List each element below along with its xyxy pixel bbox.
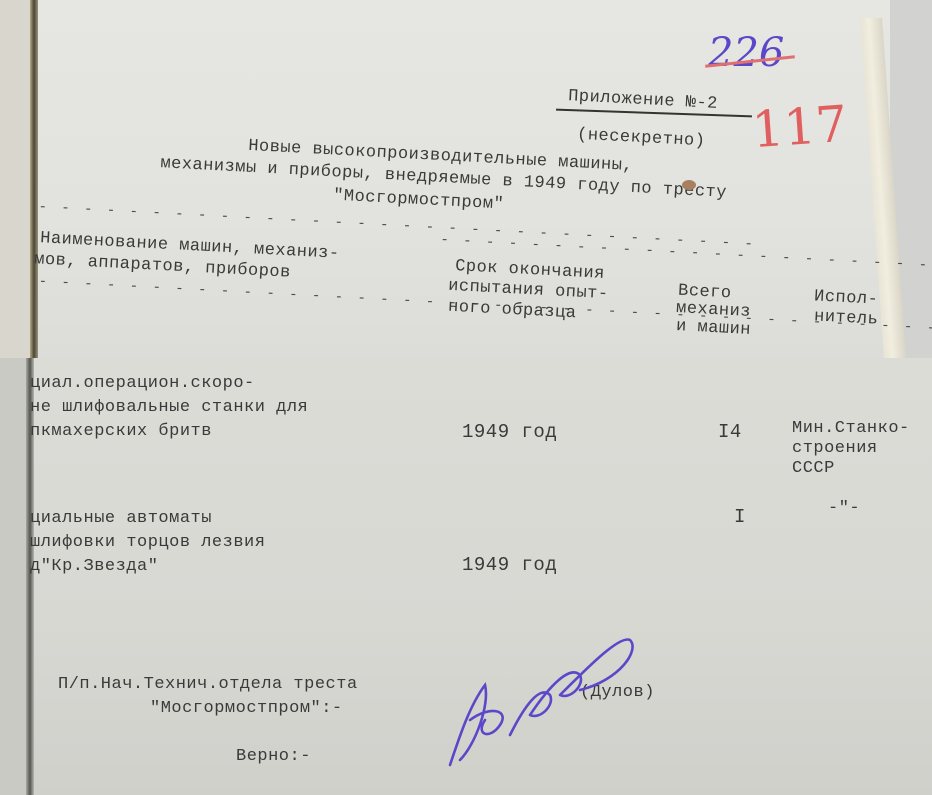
row-name-line: шлифовки торцов лезвия (30, 534, 265, 552)
row-total: I4 (718, 423, 742, 441)
signatory-title: П/п.Нач.Технич.отдела треста (58, 676, 358, 694)
page-binding-fold (30, 0, 38, 358)
row-name-line: не шлифовальные станки для (30, 399, 308, 417)
row-executor-ditto: -"- (828, 500, 860, 518)
certified-label: Верно:- (236, 748, 311, 766)
ink-stain (682, 180, 696, 190)
old-page-number: 226 (708, 30, 784, 76)
binding-margin (0, 358, 26, 795)
row-executor-line: СССР (792, 460, 835, 478)
row-total: I (734, 508, 746, 526)
row-deadline: 1949 год (462, 423, 557, 441)
binding-margin (0, 0, 30, 358)
signatory-organization: "Мосгормостпром":- (150, 700, 343, 718)
handwritten-signature (430, 625, 650, 775)
new-page-number: 117 (750, 95, 849, 160)
row-name-line: циал.операцион.скоро- (30, 375, 255, 393)
row-name-line: д"Кр.Звезда" (30, 558, 158, 576)
row-executor-line: строения (792, 440, 878, 458)
row-name-line: циальные автоматы (30, 510, 212, 528)
row-deadline: 1949 год (462, 556, 557, 574)
row-executor-line: Мин.Станко- (792, 420, 910, 438)
row-name-line: пкмахерских бритв (30, 423, 212, 441)
